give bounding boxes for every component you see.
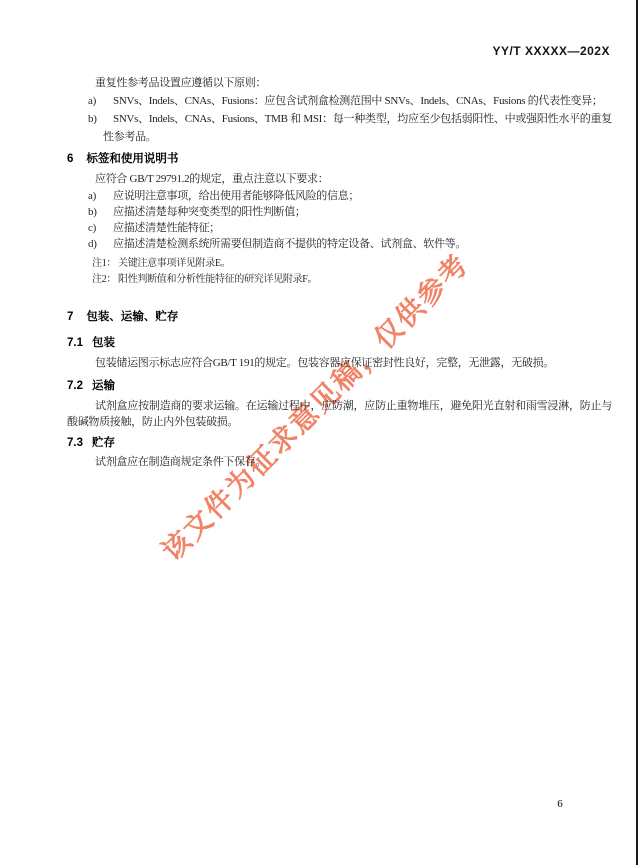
list-item: a) 应说明注意事项，给出使用者能够降低风险的信息； [67, 188, 612, 204]
section-title: 标签和使用说明书 [86, 153, 178, 165]
section-7-2-heading: 7.2运输 [67, 377, 612, 395]
notes-block: 注1： 关键注意事项详见附录E。 注2： 阳性判断值和分析性能特征的研究详见附录… [67, 256, 612, 288]
note-text: 关键注意事项详见附录E。 [118, 258, 231, 269]
section-title: 包装、运输、贮存 [86, 311, 178, 323]
subsection-title: 包装 [92, 337, 115, 349]
note-label: 注2： [92, 272, 116, 288]
section-6-lead-paragraph: 应符合 GB/T 29791.2的规定，重点注意以下要求： [67, 170, 612, 188]
repeatability-list: a) SNVs、Indels、CNAs、Fusions：应包含试剂盒检测范围中 … [67, 92, 612, 146]
list-item: b) 应描述清楚每种突变类型的阳性判断值； [67, 204, 612, 220]
list-marker: c) [88, 220, 96, 236]
page-edge-rule [636, 0, 638, 865]
note-label: 注1： [92, 256, 116, 272]
list-item-text: SNVs、Indels、CNAs、Fusions、TMB 和 MSI：每一种类型… [103, 113, 612, 143]
list-marker: b) [88, 204, 97, 220]
note-text: 阳性判断值和分析性能特征的研究详见附录F。 [118, 274, 317, 285]
list-item-text: 应说明注意事项，给出使用者能够降低风险的信息； [113, 190, 359, 202]
section-6-heading: 6标签和使用说明书 [67, 150, 612, 168]
document-page: YY/T XXXXX—202X 该文件为征求意见稿，仅供参考 重复性参考品设置应… [0, 0, 639, 865]
subsection-number: 7.1 [67, 337, 83, 349]
document-body: 重复性参考品设置应遵循以下原则： a) SNVs、Indels、CNAs、Fus… [67, 74, 612, 470]
section-7-3-paragraph: 试剂盒应在制造商规定条件下保存。 [67, 454, 612, 470]
note: 注2： 阳性判断值和分析性能特征的研究详见附录F。 [67, 272, 612, 288]
section-7-3-heading: 7.3贮存 [67, 434, 612, 452]
list-marker: d) [88, 236, 97, 252]
list-item: a) SNVs、Indels、CNAs、Fusions：应包含试剂盒检测范围中 … [67, 92, 612, 110]
subsection-title: 运输 [92, 380, 115, 392]
list-item-text: 应描述清楚检测系统所需要但制造商不提供的特定设备、试剂盒、软件等。 [113, 238, 466, 250]
list-item-text: 应描述清楚每种突变类型的阳性判断值； [113, 206, 306, 218]
list-item: c) 应描述清楚性能特征； [67, 220, 612, 236]
list-marker: b) [88, 110, 97, 128]
section-7-2-paragraph: 试剂盒应按制造商的要求运输。在运输过程中，应防潮，应防止重物堆压，避免阳光直射和… [67, 398, 612, 430]
standard-number-header: YY/T XXXXX—202X [0, 44, 610, 58]
list-item-text: SNVs、Indels、CNAs、Fusions：应包含试剂盒检测范围中 SNV… [113, 95, 603, 107]
section-number: 6 [67, 153, 73, 165]
section-number: 7 [67, 311, 73, 323]
section-6-list: a) 应说明注意事项，给出使用者能够降低风险的信息； b) 应描述清楚每种突变类… [67, 188, 612, 252]
section-7-1-heading: 7.1包装 [67, 334, 612, 352]
subsection-title: 贮存 [92, 437, 115, 449]
subsection-number: 7.3 [67, 437, 83, 449]
repeatability-lead-paragraph: 重复性参考品设置应遵循以下原则： [67, 74, 612, 92]
list-marker: a) [88, 188, 96, 204]
list-item-text: 应描述清楚性能特征； [113, 222, 220, 234]
section-7-1-paragraph: 包装储运图示标志应符合GB/T 191的规定。包装容器应保证密封性良好，完整，无… [67, 355, 612, 371]
list-marker: a) [88, 92, 96, 110]
list-item: b) SNVs、Indels、CNAs、Fusions、TMB 和 MSI：每一… [67, 110, 612, 146]
note: 注1： 关键注意事项详见附录E。 [67, 256, 612, 272]
section-7-heading: 7包装、运输、贮存 [67, 308, 612, 326]
page-number: 6 [545, 798, 575, 810]
list-item: d) 应描述清楚检测系统所需要但制造商不提供的特定设备、试剂盒、软件等。 [67, 236, 612, 252]
subsection-number: 7.2 [67, 380, 83, 392]
